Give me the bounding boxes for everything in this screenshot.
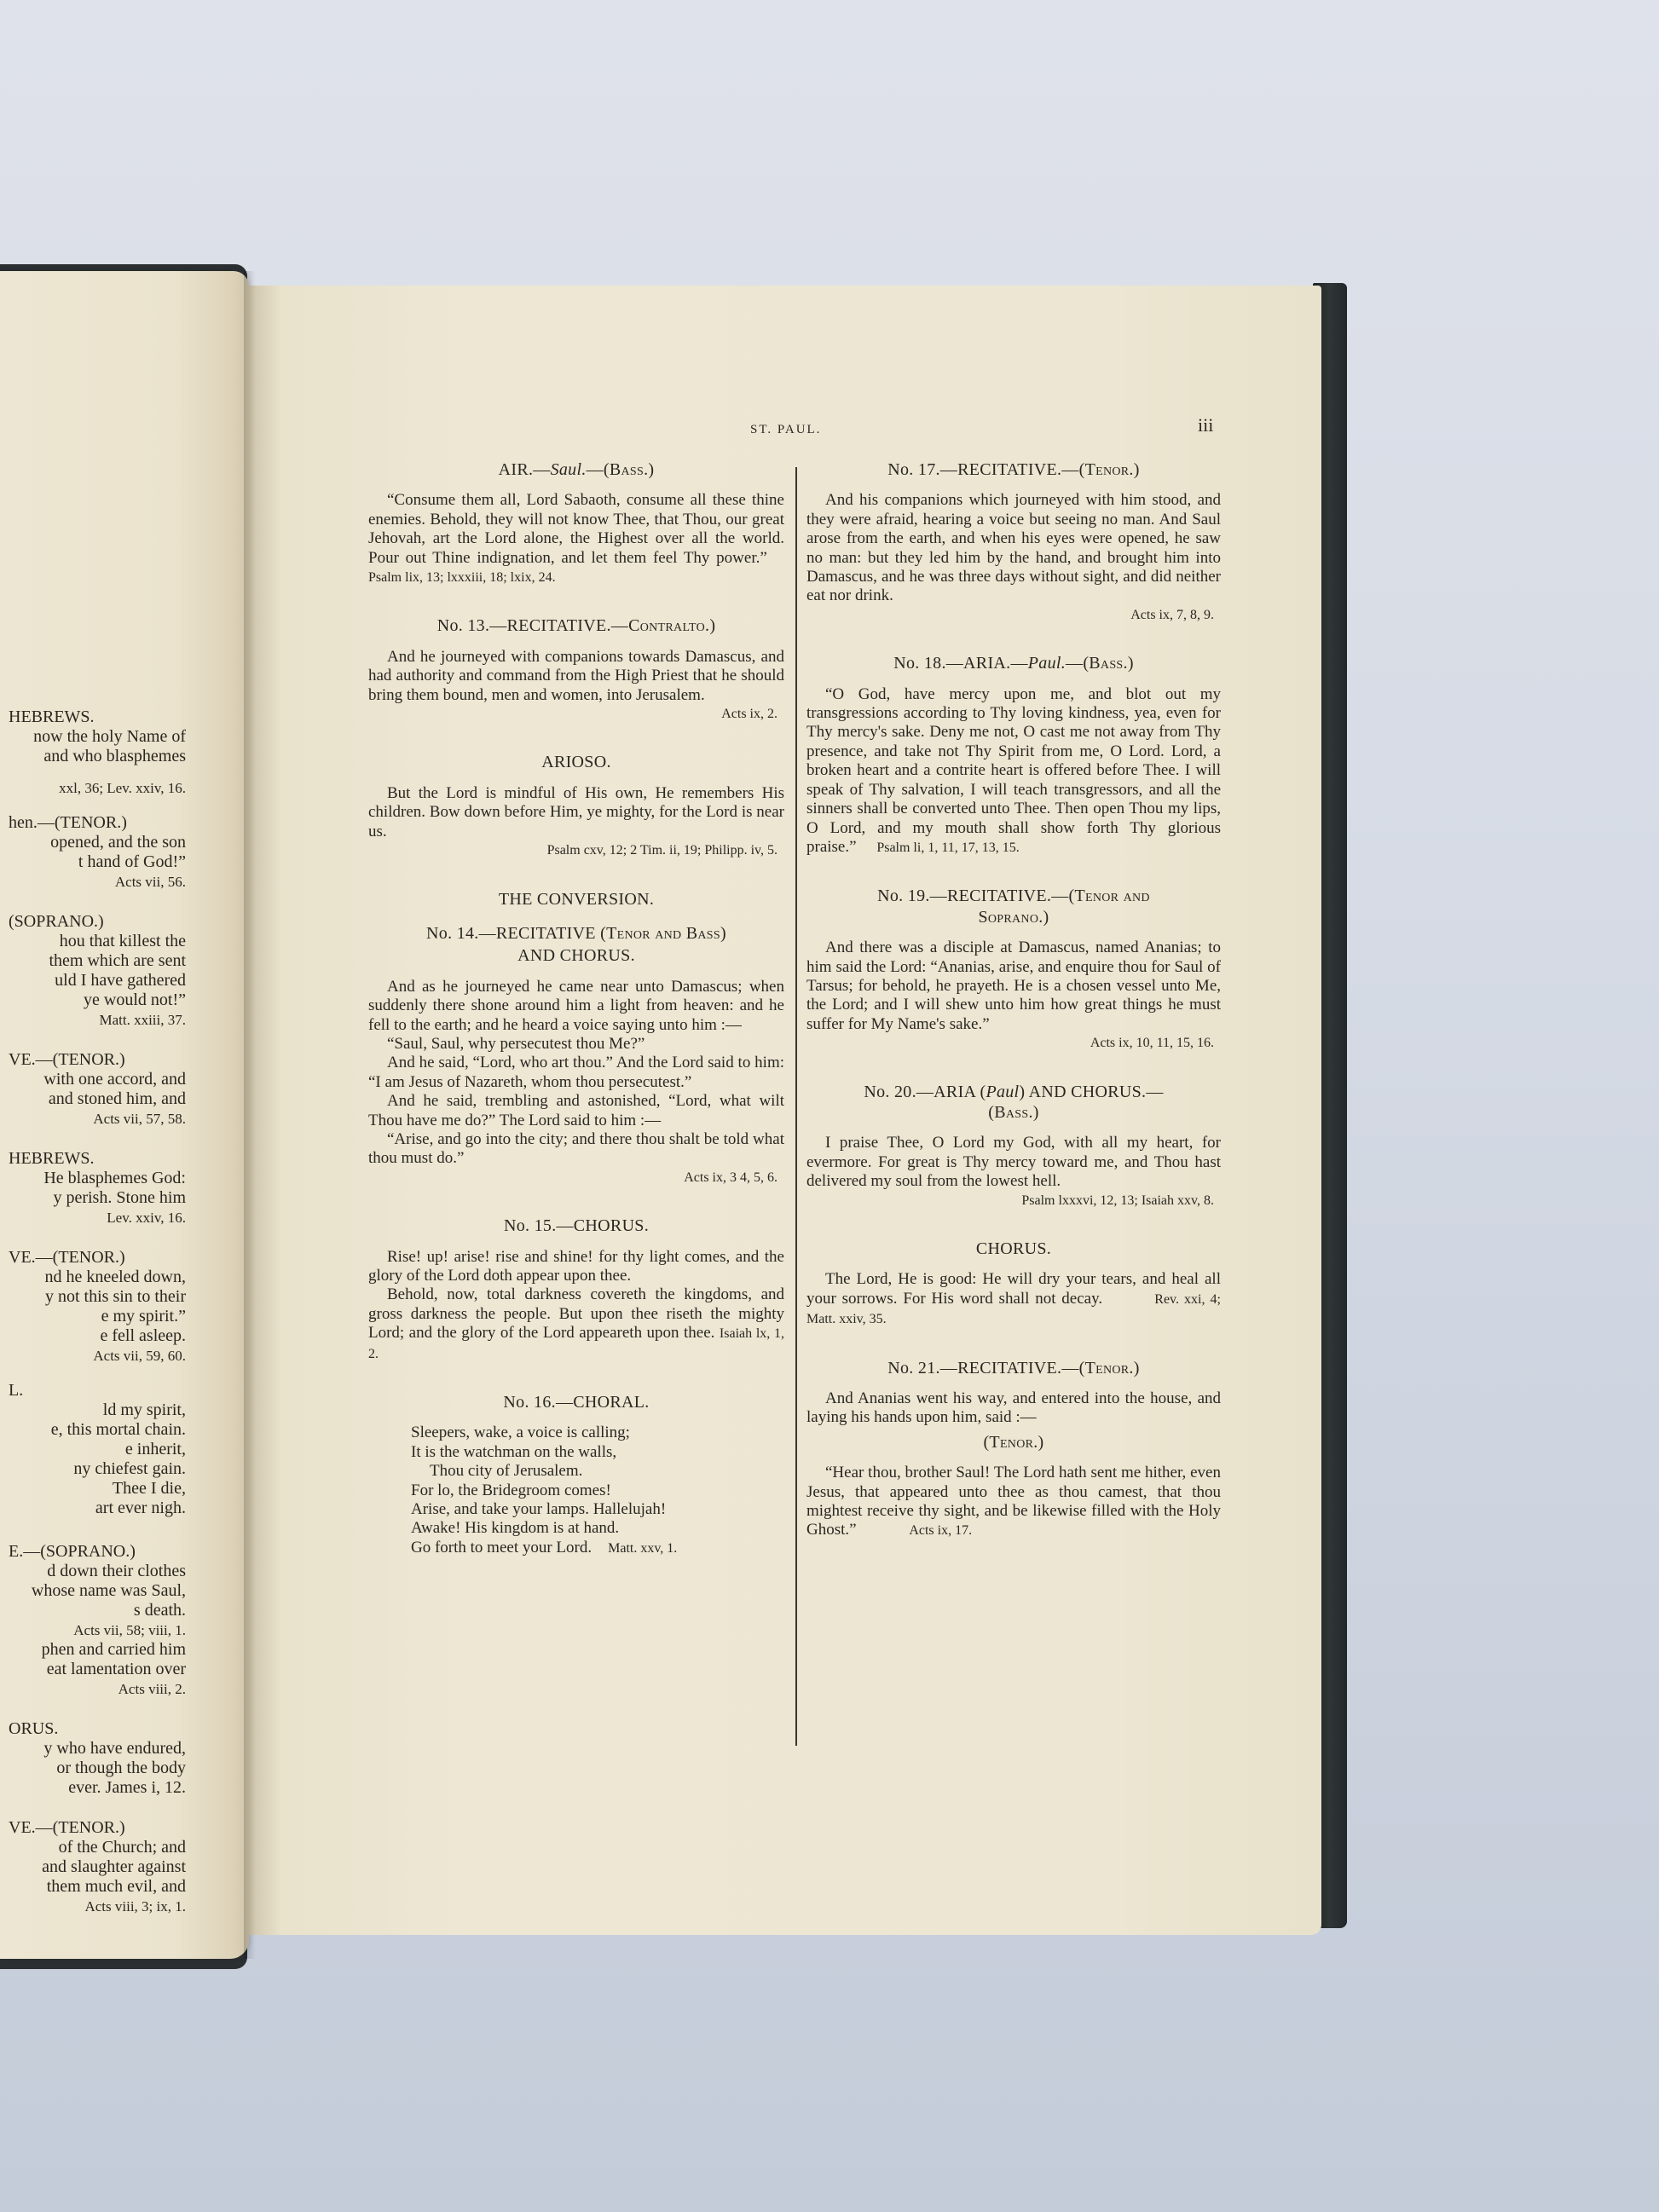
lyric-text: But the Lord is mindful of His own, He r… [368, 784, 784, 841]
right-column: No. 17.—RECITATIVE.—(Tenor.) And his com… [806, 460, 1221, 1570]
section-heading: No. 17.—RECITATIVE.—(Tenor.) [806, 460, 1221, 479]
heading-voice: Tenor. [1085, 460, 1134, 479]
lyric-text: And Ananias went his way, and entered in… [806, 1389, 1221, 1428]
heading-voice: Contralto.) [628, 616, 715, 635]
section-heading: CHORUS. [806, 1239, 1221, 1258]
left-page-text-fragment: ever. James i, 12. [0, 1778, 186, 1798]
heading-text: No. 18.—ARIA.— [893, 654, 1028, 673]
left-page-text-fragment: art ever nigh. [0, 1499, 186, 1518]
heading-close: ) [1134, 460, 1140, 479]
left-page-heading-fragment: (SOPRANO.) [0, 912, 186, 932]
left-page-heading-fragment: VE.—(TENOR.) [0, 1818, 186, 1838]
left-page-reference-fragment: Acts vii, 57, 58. [0, 1109, 186, 1129]
heading-character: Paul [986, 1083, 1019, 1101]
left-page-heading-fragment: VE.—(TENOR.) [0, 1050, 186, 1070]
scripture-reference: Matt. xxv, 1. [608, 1541, 677, 1556]
left-page-reference-fragment: Matt. xxiii, 37. [0, 1010, 186, 1030]
left-page-text-fragment: and slaughter against [0, 1857, 186, 1877]
section-heading: AIR.—Saul.—(Bass.) [368, 460, 784, 479]
verse-line: Awake! His kingdom is at hand. [411, 1519, 784, 1538]
heading-text: AIR.— [499, 460, 551, 479]
lyric-text: “Consume them all, Lord Sabaoth, consume… [368, 491, 784, 587]
left-page-reference-fragment: Acts vii, 59, 60. [0, 1346, 186, 1366]
left-page-text-fragment: d down their clothes [0, 1562, 186, 1581]
left-page-text-fragment: s death. [0, 1601, 186, 1620]
heading-character: Saul. [551, 460, 587, 479]
gutter-shadow [244, 271, 256, 1959]
section-heading: No. 18.—ARIA.—Paul.—(Bass.) [806, 654, 1221, 673]
heading-voice: —(Bass.) [1066, 654, 1134, 673]
heading-text: No. 17.—RECITATIVE.—( [887, 460, 1084, 479]
left-page-text-fragment: now the holy Name of [0, 727, 186, 747]
left-page-text-fragment: ye would not!” [0, 990, 186, 1010]
scripture-reference: Acts ix, 17. [909, 1523, 972, 1538]
lyric-text: The Lord, He is good: He will dry your t… [806, 1270, 1221, 1329]
verse-line: Go forth to meet your Lord. Matt. xxv, 1… [411, 1539, 784, 1558]
left-page-heading-fragment: L. [0, 1381, 186, 1401]
chorale-verse: Sleepers, wake, a voice is calling; It i… [368, 1424, 784, 1558]
heading-voice: —(Bass.) [587, 460, 655, 479]
scripture-reference: Acts ix, 2. [368, 705, 777, 724]
lyric-paragraph: Behold, now, total darkness covereth the… [368, 1285, 784, 1364]
left-page-text-fragment: whose name was Saul, [0, 1581, 186, 1601]
scripture-reference: Psalm cxv, 12; 2 Tim. ii, 19; Philipp. i… [368, 841, 777, 860]
scripture-reference: Psalm lxxxvi, 12, 13; Isaiah xxv, 8. [806, 1192, 1214, 1210]
left-page: HEBREWS.now the holy Name ofand who blas… [0, 271, 249, 1959]
left-page-text-fragment: eat lamentation over [0, 1660, 186, 1679]
section-no21: No. 21.—RECITATIVE.—(Tenor.) And Ananias… [806, 1359, 1221, 1541]
scripture-reference: Psalm lix, 13; lxxxiii, 18; lxix, 24. [368, 570, 556, 585]
voice-label: (Tenor.) [806, 1433, 1221, 1452]
section-air-saul: AIR.—Saul.—(Bass.) “Consume them all, Lo… [368, 460, 784, 587]
section-heading: No. 20.—ARIA (Paul) AND CHORUS.— [806, 1083, 1221, 1101]
section-arioso: ARIOSO. But the Lord is mindful of His o… [368, 753, 784, 860]
left-page-reference-fragment: Acts vii, 58; viii, 1. [0, 1620, 186, 1640]
left-page-heading-fragment: ORUS. [0, 1719, 186, 1739]
left-page-text-fragment: them which are sent [0, 951, 186, 971]
left-page-heading-fragment: HEBREWS. [0, 1149, 186, 1169]
part-heading-conversion: THE CONVERSION. [368, 890, 784, 909]
scripture-reference: Acts ix, 3 4, 5, 6. [368, 1169, 777, 1187]
section-heading: No. 15.—CHORUS. [368, 1216, 784, 1235]
left-page-text-fragment: He blasphemes God: [0, 1169, 186, 1188]
left-page-heading-fragment: HEBREWS. [0, 707, 186, 727]
left-page-text-fragment: e my spirit.” [0, 1307, 186, 1326]
section-no19: No. 19.—RECITATIVE.—(Tenor and Soprano.)… [806, 887, 1221, 1053]
lyric-paragraph: And he said, trembling and astonished, “… [368, 1092, 784, 1130]
verse-line: It is the watchman on the walls, [411, 1443, 784, 1462]
lyric-text: “Hear thou, brother Saul! The Lord hath … [806, 1464, 1221, 1541]
lyric-text: I praise Thee, O Lord my God, with all m… [806, 1134, 1221, 1191]
section-heading: No. 13.—RECITATIVE.—Contralto.) [368, 616, 784, 635]
section-no20: No. 20.—ARIA (Paul) AND CHORUS.— (Bass.)… [806, 1083, 1221, 1210]
left-page-reference-fragment: Acts viii, 2. [0, 1679, 186, 1699]
heading-close: ) [720, 924, 726, 943]
heading-voice: Tenor. [1085, 1359, 1134, 1377]
section-heading: ARIOSO. [368, 753, 784, 771]
heading-voice: Tenor and Bass [606, 924, 720, 943]
left-page-text-fragment: with one accord, and [0, 1070, 186, 1089]
heading-text: No. 19.—RECITATIVE.—( [877, 887, 1074, 905]
left-page-text-fragment: y who have endured, [0, 1739, 186, 1759]
section-heading-line2: Soprano.) [806, 908, 1221, 927]
left-page-text-fragment: e inherit, [0, 1440, 186, 1459]
heading-text-rest: ) AND CHORUS.— [1019, 1083, 1163, 1101]
section-heading: No. 14.—RECITATIVE (Tenor and Bass) [368, 924, 784, 943]
left-page-text-fragment: nd he kneeled down, [0, 1268, 186, 1287]
section-heading: No. 21.—RECITATIVE.—(Tenor.) [806, 1359, 1221, 1377]
left-page-text-fragment: ny chiefest gain. [0, 1459, 186, 1479]
verse-line: Arise, and take your lamps. Hallelujah! [411, 1500, 784, 1519]
left-page-text-fragment: uld I have gathered [0, 971, 186, 990]
left-column: AIR.—Saul.—(Bass.) “Consume them all, Lo… [368, 460, 784, 1587]
lyric-text: And there was a disciple at Damascus, na… [806, 939, 1221, 1034]
verse-line: For lo, the Bridegroom comes! [411, 1481, 784, 1500]
left-page-text-fragment: or though the body [0, 1759, 186, 1778]
left-page-text-partial: HEBREWS.now the holy Name ofand who blas… [0, 707, 186, 1916]
heading-text: No. 20.—ARIA ( [864, 1083, 986, 1101]
lyric-paragraph: And as he journeyed he came near unto Da… [368, 978, 784, 1035]
heading-voice: Tenor and [1074, 887, 1149, 905]
left-page-text-fragment: t hand of God!” [0, 852, 186, 872]
left-page-text-fragment: them much evil, and [0, 1877, 186, 1897]
left-page-text-fragment: y perish. Stone him [0, 1188, 186, 1208]
heading-character: Paul. [1028, 654, 1066, 673]
section-heading: No. 16.—CHORAL. [368, 1393, 784, 1412]
section-heading: No. 19.—RECITATIVE.—(Tenor and [806, 887, 1221, 905]
left-page-text-fragment: and stoned him, and [0, 1089, 186, 1109]
lyric: “O God, have mercy upon me, and blot out… [806, 685, 1221, 856]
section-heading-line2: AND CHORUS. [368, 946, 784, 965]
heading-text: No. 13.—RECITATIVE.— [437, 616, 628, 635]
section-no18: No. 18.—ARIA.—Paul.—(Bass.) “O God, have… [806, 654, 1221, 858]
left-page-text-fragment: phen and carried him [0, 1640, 186, 1660]
lyric-paragraph: “Arise, and go into the city; and there … [368, 1130, 784, 1169]
heading-close: ) [1134, 1359, 1140, 1377]
section-no17: No. 17.—RECITATIVE.—(Tenor.) And his com… [806, 460, 1221, 625]
left-page-heading-fragment: hen.—(TENOR.) [0, 813, 186, 833]
lyric-paragraph: And he said, “Lord, who art thou.” And t… [368, 1054, 784, 1092]
section-no15: No. 15.—CHORUS. Rise! up! arise! rise an… [368, 1216, 784, 1364]
left-page-text-fragment: e, this mortal chain. [0, 1420, 186, 1440]
lyric: “Consume them all, Lord Sabaoth, consume… [368, 491, 784, 566]
left-page-text-fragment: e fell asleep. [0, 1326, 186, 1346]
lyric-paragraph: “Saul, Saul, why persecutest thou Me?” [368, 1035, 784, 1054]
left-page-text-fragment: and who blasphemes [0, 747, 186, 766]
left-page-heading-fragment: VE.—(TENOR.) [0, 1248, 186, 1268]
scripture-reference: Acts ix, 10, 11, 15, 16. [806, 1034, 1214, 1053]
heading-text: No. 21.—RECITATIVE.—( [887, 1359, 1084, 1377]
lyric: “Hear thou, brother Saul! The Lord hath … [806, 1464, 1221, 1539]
scripture-reference: Psalm li, 1, 11, 17, 13, 15. [876, 840, 1019, 855]
section-chorus: CHORUS. The Lord, He is good: He will dr… [806, 1239, 1221, 1330]
lyric-text: And he journeyed with companions towards… [368, 648, 784, 705]
verse-line: Sleepers, wake, a voice is calling; [411, 1424, 784, 1442]
page-number: iii [1198, 414, 1213, 436]
left-page-heading-fragment: E.—(SOPRANO.) [0, 1542, 186, 1562]
left-page-text-fragment: ld my spirit, [0, 1401, 186, 1420]
left-page-text-fragment: y not this sin to their [0, 1287, 186, 1307]
left-page-text-fragment: hou that killest the [0, 932, 186, 951]
left-page-reference-fragment: xxl, 36; Lev. xxiv, 16. [0, 778, 186, 798]
section-no14: No. 14.—RECITATIVE (Tenor and Bass) AND … [368, 924, 784, 1187]
heading-text: No. 14.—RECITATIVE ( [426, 924, 606, 943]
lyric-text: And his companions which journeyed with … [806, 491, 1221, 605]
scripture-reference: Acts ix, 7, 8, 9. [806, 606, 1214, 625]
verse-line: Thou city of Jerusalem. [411, 1462, 784, 1481]
section-heading-line2: (Bass.) [806, 1103, 1221, 1122]
left-page-text-fragment: Thee I die, [0, 1479, 186, 1499]
lyric-text: “O God, have mercy upon me, and blot out… [806, 685, 1221, 858]
verse-text: Go forth to meet your Lord. [411, 1539, 592, 1556]
left-page-text-fragment: of the Church; and [0, 1838, 186, 1857]
running-head: ST. PAUL. [750, 423, 821, 437]
left-page-text-fragment: opened, and the son [0, 833, 186, 852]
lyric-paragraph: Rise! up! arise! rise and shine! for thy… [368, 1248, 784, 1286]
left-page-reference-fragment: Acts vii, 56. [0, 872, 186, 892]
section-no13: No. 13.—RECITATIVE.—Contralto.) And he j… [368, 616, 784, 724]
column-rule [795, 467, 797, 1746]
section-no16: No. 16.—CHORAL. Sleepers, wake, a voice … [368, 1393, 784, 1558]
left-page-reference-fragment: Lev. xxiv, 16. [0, 1208, 186, 1227]
left-page-reference-fragment: Acts viii, 3; ix, 1. [0, 1897, 186, 1916]
